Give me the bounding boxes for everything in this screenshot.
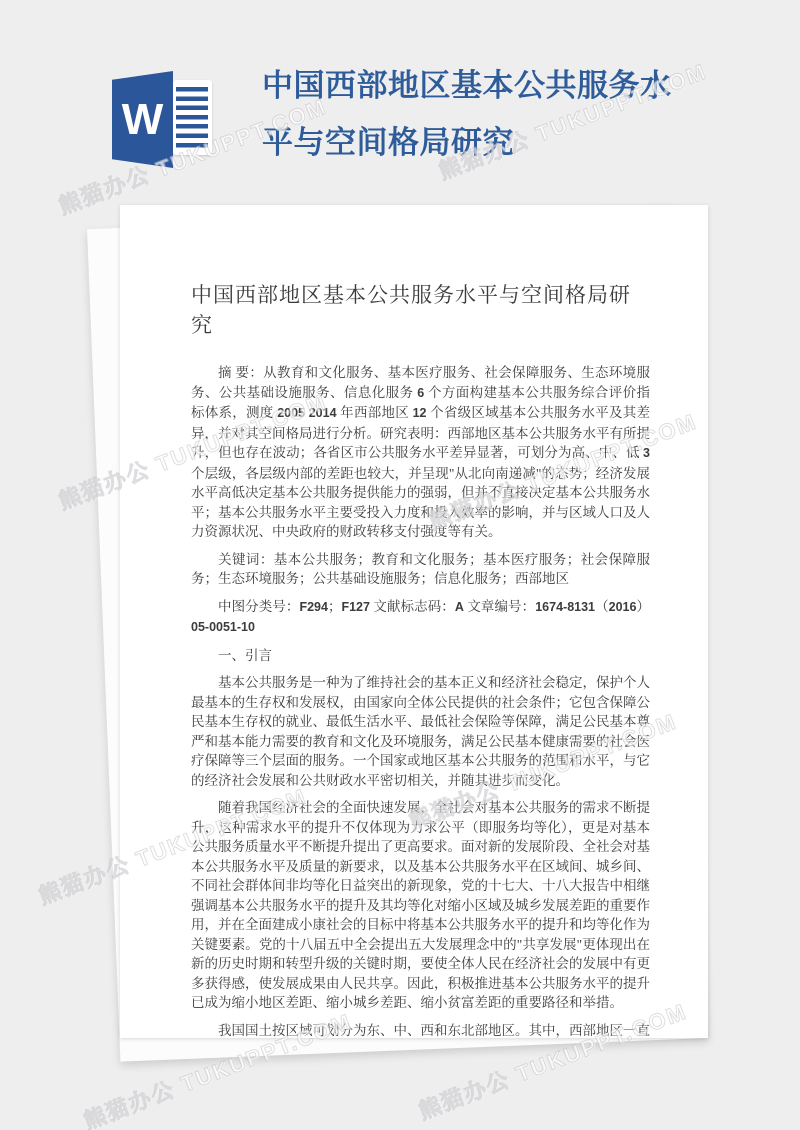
word-icon-letter: W	[122, 98, 164, 142]
doc-paragraph: 我国国土按区域可划分为东、中、西和东北部地区。其中，西部地区一直	[191, 1021, 650, 1041]
page-background: 熊猫办公 TUKUPPT.COM 熊猫办公 TUKUPPT.COM 熊猫办公 T…	[0, 0, 800, 1130]
doc-paragraph: 基本公共服务是一种为了维持社会的基本正义和经济社会稳定，保护个人最基本的生存权和…	[191, 673, 650, 790]
doc-clc-number: 中图分类号：F294；F127 文献标志码：A 文章编号：1674-8131（2…	[191, 597, 650, 638]
doc-section-heading: 一、引言	[191, 646, 650, 666]
word-icon-document-sheet	[173, 80, 212, 155]
word-file-icon: W	[112, 70, 212, 170]
word-icon-text-lines	[176, 87, 208, 149]
doc-paragraph: 随着我国经济社会的全面快速发展，全社会对基本公共服务的需求不断提升，这种需求水平…	[191, 798, 650, 1013]
document-title-link[interactable]: 中国西部地区基本公共服务水平与空间格局研究	[262, 57, 692, 171]
doc-abstract: 摘 要：从教育和文化服务、基本医疗服务、社会保障服务、生态环境服务、公共基础设施…	[191, 363, 650, 542]
document-heading: 中国西部地区基本公共服务水平与空间格局研究	[191, 279, 650, 339]
doc-keywords: 关键词：基本公共服务；教育和文化服务；基本医疗服务；社会保障服务；生态环境服务；…	[191, 550, 650, 589]
document-preview-page: 中国西部地区基本公共服务水平与空间格局研究 摘 要：从教育和文化服务、基本医疗服…	[120, 205, 708, 1038]
document-body: 摘 要：从教育和文化服务、基本医疗服务、社会保障服务、生态环境服务、公共基础设施…	[191, 363, 650, 1040]
word-icon-w-flap: W	[112, 71, 173, 168]
